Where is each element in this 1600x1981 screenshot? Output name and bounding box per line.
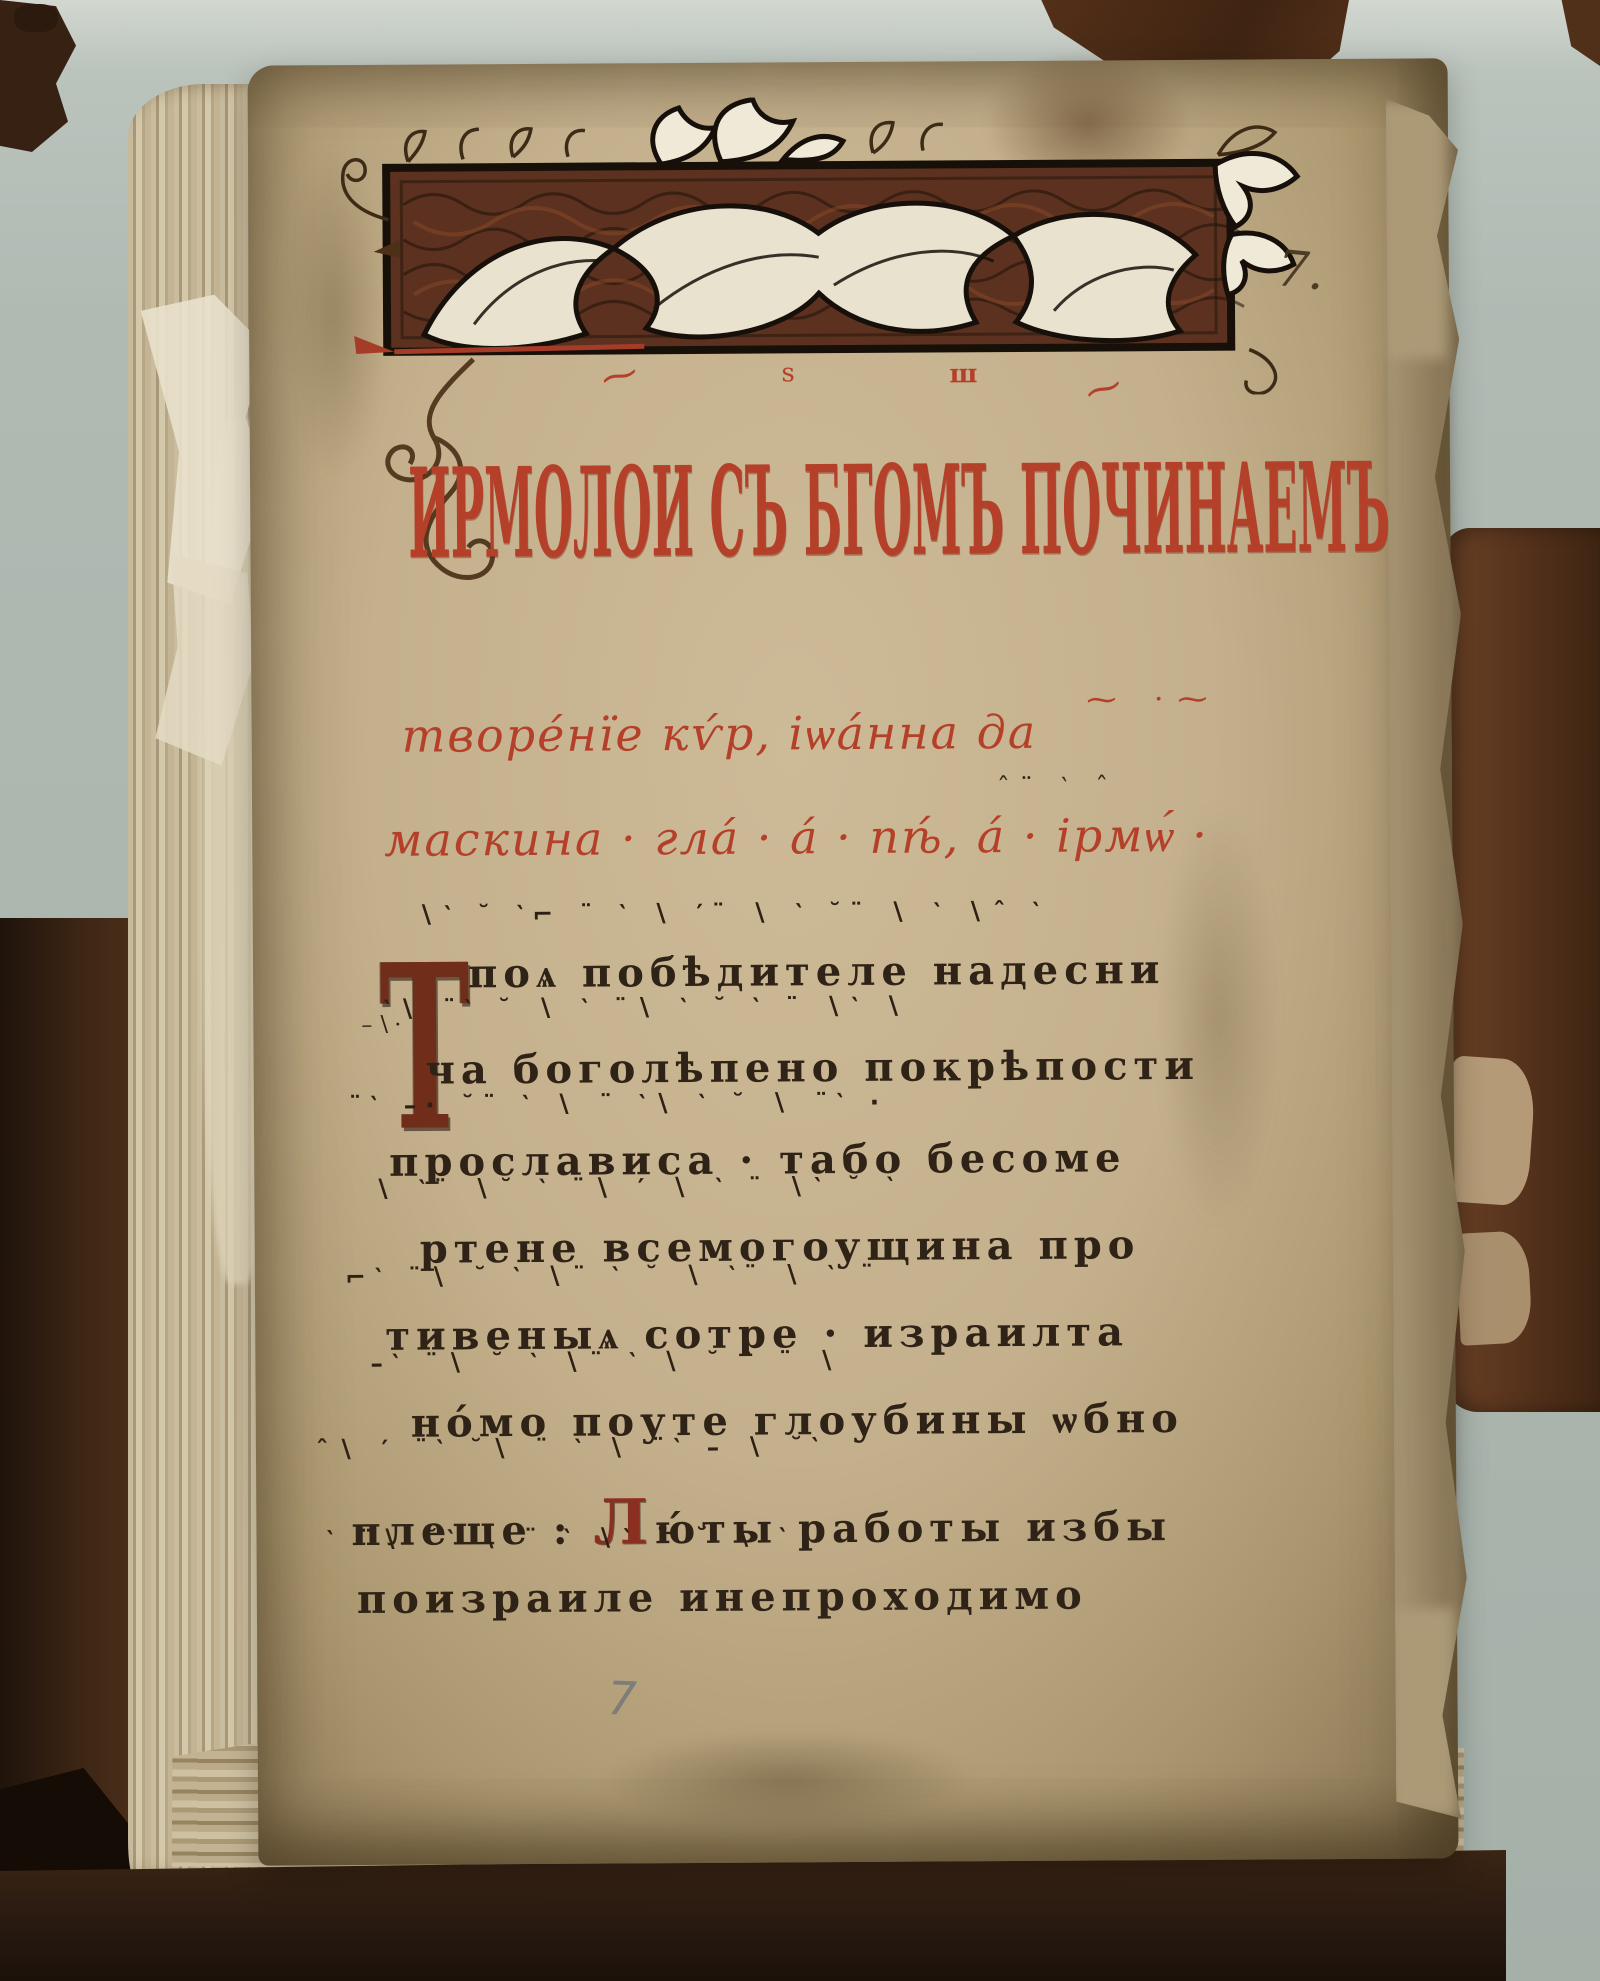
neume-row: ∖ ‵¨ ∖˘ ‵ ¨∖ ′ ∖ ‵ ¨ ∖‵ ˘ ‵ [374, 1172, 902, 1204]
neume-row: –‵ ¨∖ ˘ ‵ ∖¨ ‵ ∖ ˘ ‵ ¨ ∖ [370, 1346, 844, 1378]
chant-text-line: поизраиле инепроходимо [357, 1572, 1088, 1623]
rubric-line-2: маскина · гла́ · а́ · пѣ́, а́ · ірмѡ́ · [384, 808, 1209, 867]
chant-text-line: поѧ побѣдителе надесни [468, 946, 1166, 997]
neume-row: ˆ∖ ′ ¨‵ ˘∖ ¨ ‵ ∖ ¨‵ – ∖ ˘‵ [316, 1432, 827, 1464]
folio-number-pencil: 7 [607, 1671, 638, 1726]
leather-corner-far-right [1552, 0, 1600, 66]
stain [1157, 804, 1280, 1225]
stain [598, 1729, 979, 1831]
neume-row: ⌐‵ ¨∖ ˘ ‵ ∖¨ ‵ ˘ ∖ ‵¨ ∖ ‵ ¨ [345, 1260, 882, 1292]
neume-row: ‵ ¨∖ ˘‵ ∖ ¨ ‵ ∖‵ ¨ ˘ ∖ ‵ [326, 1522, 794, 1554]
rubric-accent-marks: ⁓ ·⁓ [1086, 682, 1221, 718]
page-fragment [1443, 1055, 1537, 1207]
rubric-neume-cluster: ˆ¨ ‵ ˆ [997, 772, 1119, 803]
photograph-of-manuscript: 7. ИРМОЛОИ СЪ БГОМЪ ПОЧИНАЕМЪ ⁓ ѕ ш ⁓ тв… [0, 0, 1600, 1981]
folio-number-ink: 7. [1274, 239, 1327, 301]
page-fragment [1455, 1230, 1533, 1346]
chant-text-line: ча боголѣпено покрѣпости [426, 1042, 1201, 1094]
neume-row: ‵∖ ¨‵ ˘ ∖ ‵ ¨∖ ‵ ˘ ‵ ¨ ∖‵ ∖ [383, 992, 911, 1024]
title-superscript-letter: ш [949, 359, 977, 389]
title-accent-mark: ѕ [781, 358, 795, 388]
leather-fragment [14, 4, 58, 32]
title-vyaz: ИРМОЛОИ СЪ БГОМЪ ПОЧИНАЕМЪ [408, 438, 823, 586]
neume-row: ¨‵ –· ˘¨ ‵ ∖ ¨ ‵∖ ‵ ˘ ∖ ¨‵ · [349, 1088, 889, 1120]
rubric-line-1: творе́нїе кѵ́р, іѡа́нна да [401, 705, 1037, 763]
leather-cover-bottom [0, 1850, 1506, 1981]
manuscript-page: 7. ИРМОЛОИ СЪ БГОМЪ ПОЧИНАЕМЪ ⁓ ѕ ш ⁓ тв… [248, 58, 1459, 1865]
neume-row: ∖‵ ˘ ‵⌐ ¨ ‵ ∖ ′¨ ∖ ‵ ˘¨ ∖ ‵ ∖ˆ ‵ [418, 897, 1048, 930]
